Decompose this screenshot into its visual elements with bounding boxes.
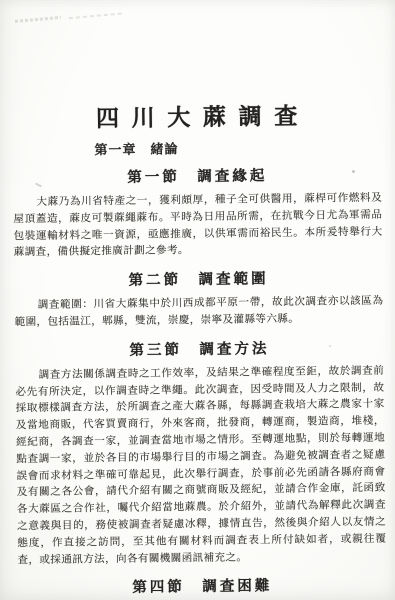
section-survey-method: 第三節 調査方法 調査方法關係調査時之工作效率，及結果之準確程度至鉅，故於調査前… [15, 339, 387, 570]
chapter-heading: 第一章 緒論 [12, 139, 381, 160]
section-3-heading: 第三節 調査方法 [15, 339, 384, 362]
scanned-document-page: 四川大蔴調査 第一章 緒論 第一節 調査緣起 大蔴乃為川省特產之一，獲利頗厚，種… [0, 0, 395, 600]
document-content: 四川大蔴調査 第一章 緒論 第一節 調査緣起 大蔴乃為川省特產之一，獲利頗厚，種… [11, 0, 387, 600]
section-survey-origin: 第一節 調査緣起 大蔴乃為川省特產之一，獲利頗厚，種子全可供醫用，蔴桿可作燃料及… [13, 166, 383, 263]
section-survey-scope: 第二節 調査範圍 調査範圍：川省大蔴集中於川西成都平原一帶，故此次調査亦以該區為… [14, 269, 384, 332]
section-survey-difficulties: 第四節 調査困難 [18, 576, 387, 599]
section-3-paragraph: 調査方法關係調査時之工作效率，及結果之準確程度至鉅，故於調査前必先有所決定，以作… [15, 364, 386, 570]
section-1-heading: 第一節 調査緣起 [13, 166, 382, 189]
section-2-paragraph: 調査範圍：川省大蔴集中於川西成都平原一帶，故此次調査亦以該區為範圍，包括温江，郫… [14, 294, 383, 332]
document-title: 四川大蔴調査 [12, 102, 381, 135]
section-4-heading: 第四節 調査困難 [18, 576, 387, 599]
section-1-paragraph: 大蔴乃為川省特產之一，獲利頗厚，種子全可供醫用，蔴桿可作燃料及屋頂蓋造，蔴皮可製… [13, 191, 383, 263]
section-2-heading: 第二節 調査範圍 [14, 269, 383, 292]
